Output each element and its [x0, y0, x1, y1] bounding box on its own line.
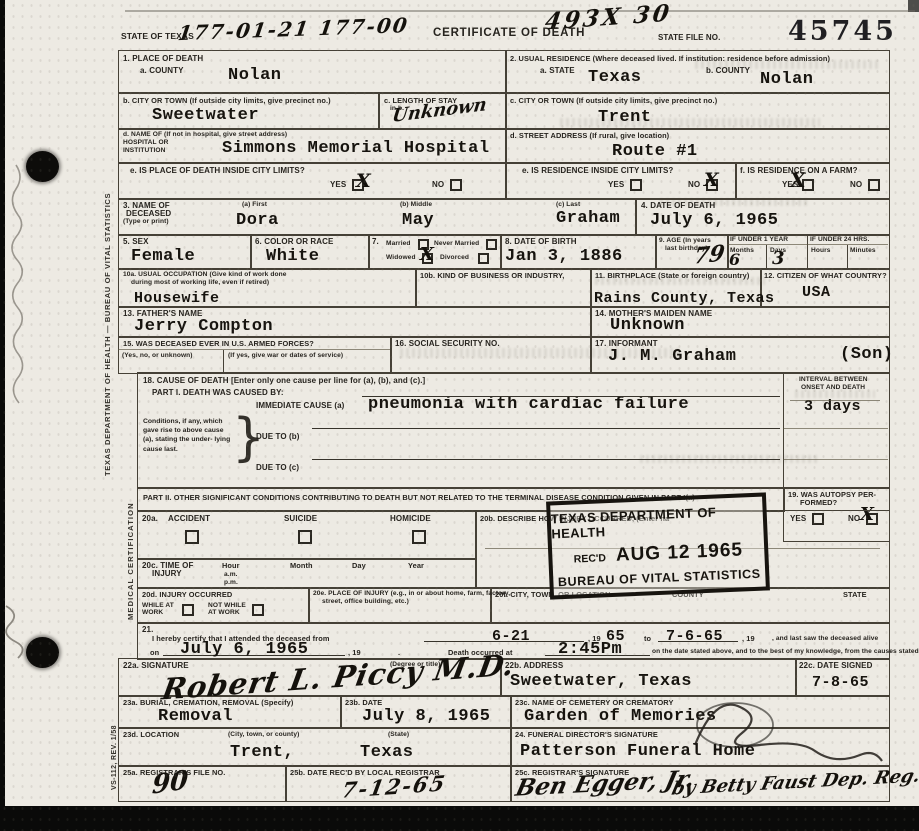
funeral-director-signature-flourish: [690, 690, 890, 770]
state-column-label: STATE: [843, 590, 867, 599]
signature-label: 22a. SIGNATURE: [123, 661, 189, 670]
marital-label: 7.: [372, 237, 379, 246]
box3-title3: (Type or print): [123, 218, 169, 225]
box20c-label2: INJURY: [152, 569, 182, 578]
cemetery-label: 23c. NAME OF CEMETERY OR CREMATORY: [515, 698, 674, 707]
box1-title: 1. PLACE OF DEATH: [123, 54, 203, 63]
handwritten-code: 493X 30: [543, 0, 673, 36]
birthplace-value: Rains County, Texas: [594, 290, 775, 307]
street-address-value: Route #1: [612, 142, 698, 161]
while-at-work-checkbox: [182, 604, 194, 616]
occupation-value: Housewife: [134, 290, 220, 307]
dob-value: Jan 3, 1886: [505, 247, 623, 266]
month-label: Month: [290, 561, 313, 570]
while-at-work-label: WHILE AT: [142, 602, 174, 609]
certify-text-6: on: [150, 648, 159, 657]
pm-label: p.m.: [224, 579, 238, 586]
day-label: Day: [352, 561, 366, 570]
divorced-label: Divorced: [440, 254, 469, 261]
cemetery-value: Garden of Memories: [524, 707, 717, 726]
due-to-c-label: DUE TO (c): [256, 463, 299, 472]
interval-label1: INTERVAL BETWEEN: [799, 376, 868, 383]
not-while-at-work-checkbox: [252, 604, 264, 616]
armed-forces-sub1: (Yes, no, or unknown): [122, 352, 193, 359]
first-name-value: Dora: [236, 211, 279, 230]
farm-no-checkbox: [868, 179, 880, 191]
place-limits-no-checkbox: [450, 179, 462, 191]
punch-hole-top: [26, 151, 59, 182]
not-while-at-work-label2: AT WORK: [208, 609, 240, 616]
am-label: a.m.: [224, 571, 238, 578]
box3-title2: DECEASED: [126, 209, 171, 218]
widowed-x-mark: X: [420, 244, 434, 265]
age-grid-line: [727, 244, 888, 245]
stamp-line1: TEXAS DEPARTMENT OF HEALTH: [550, 503, 763, 542]
due-to-b-label: DUE TO (b): [256, 432, 300, 441]
accident-label: ACCIDENT: [168, 514, 210, 523]
age-grid-line: [766, 245, 767, 268]
place-limits-yes-x-mark: X: [356, 170, 371, 192]
immediate-cause-label: IMMEDIATE CAUSE (a): [256, 401, 344, 410]
box20d-label: 20d. INJURY OCCURRED: [142, 590, 232, 599]
interval-line: [790, 400, 880, 401]
middle-name-value: May: [402, 211, 434, 230]
place-city-value: Sweetwater: [152, 106, 259, 125]
location-sub2: (State): [388, 731, 409, 738]
birthplace-label: 11. BIRTHPLACE (State or foreign country…: [595, 271, 749, 280]
armed-forces-sub2: (If yes, give war or dates of service): [228, 352, 343, 359]
funeral-director-label: 24. FUNERAL DIRECTOR'S SIGNATURE: [515, 730, 658, 739]
received-stamp: TEXAS DEPARTMENT OF HEALTH REC'D AUG 12 …: [546, 492, 770, 599]
accident-checkbox: [185, 530, 199, 544]
certify-text-3: to: [644, 634, 651, 643]
informant-relation: (Son): [840, 345, 894, 364]
registrar-file-no-value: 90: [151, 765, 189, 801]
stamp-date: AUG 12 1965: [615, 539, 743, 566]
sex-label: 5. SEX: [123, 237, 149, 246]
interval-label2: ONSET AND DEATH: [801, 384, 865, 391]
age-months-value: 6: [729, 250, 740, 269]
if-under-24-hrs-label: IF UNDER 24 HRS.: [810, 236, 870, 243]
due-b-line: [312, 428, 780, 429]
burial-date-label: 23b. DATE: [345, 698, 382, 707]
box21-number: 21.: [142, 625, 153, 634]
hospital-value: Simmons Memorial Hospital: [222, 139, 490, 158]
first-name-label: (a) First: [242, 201, 267, 208]
date-of-death-label: 4. DATE OF DEATH: [641, 201, 715, 210]
residence-county-value: Nolan: [760, 70, 814, 89]
box1d-hospital-label3: INSTITUTION: [123, 147, 166, 154]
date-of-death-value: July 6, 1965: [650, 211, 778, 230]
ssn-label: 16. SOCIAL SECURITY NO.: [395, 339, 500, 348]
homicide-checkbox: [412, 530, 426, 544]
location-label: 23d. LOCATION: [123, 730, 179, 739]
married-label: Married: [386, 240, 411, 247]
age-grid-line: [847, 245, 848, 268]
residence-city-value: Trent: [598, 108, 652, 127]
residence-limits-yes-label: YES: [608, 180, 624, 189]
cause-of-death-label: 18. CAUSE OF DEATH [Enter only one cause…: [143, 376, 425, 385]
age-value: 79: [692, 240, 726, 270]
place-county-value: Nolan: [228, 66, 282, 85]
scan-edge-left: [0, 0, 5, 831]
location-sub1: (City, town, or county): [228, 731, 299, 738]
not-while-at-work-label: NOT WHILE: [208, 602, 246, 609]
homicide-label: HOMICIDE: [390, 514, 431, 523]
box2a-state-label: a. STATE: [540, 66, 575, 75]
last-name-label: (c) Last: [556, 201, 580, 208]
certify-text-10: on the date stated above, and to the bes…: [652, 648, 919, 655]
attended-from-value: 6-21: [492, 628, 530, 645]
margin-handwriting-smudge-2: [2, 600, 24, 660]
last-seen-date-value: July 6, 1965: [180, 640, 308, 659]
industry-label: 10b. KIND OF BUSINESS OR INDUSTRY,: [420, 271, 564, 280]
mother-value: Unknown: [610, 316, 685, 335]
state-file-number: 45745: [788, 16, 897, 47]
form-number-vertical-text: VS-112, REV. 1/58: [111, 725, 118, 790]
farm-no-label: NO: [850, 180, 862, 189]
citizen-label: 12. CITIZEN OF WHAT COUNTRY?: [764, 271, 887, 280]
dob-label: 8. DATE OF BIRTH: [505, 237, 577, 246]
place-limits-no-label: NO: [432, 180, 444, 189]
if-under-1-year-label: IF UNDER 1 YEAR: [730, 236, 788, 243]
part1-label: PART I. DEATH WAS CAUSED BY:: [152, 388, 284, 397]
minutes-label: Minutes: [850, 247, 876, 254]
armed-forces-label: 15. WAS DECEASED EVER IN U.S. ARMED FORC…: [123, 339, 314, 348]
year-label: Year: [408, 561, 424, 570]
interval-divider: [783, 428, 888, 429]
date-signed-label: 22c. DATE SIGNED: [799, 661, 872, 670]
date-signed-value: 7-8-65: [812, 674, 869, 691]
box1b-city-label: b. CITY OR TOWN (If outside city limits,…: [123, 96, 331, 105]
scan-edge-bottom: [0, 806, 919, 831]
residence-limits-no-x-mark: X: [704, 169, 719, 191]
residence-limits-no-label: NO: [688, 180, 700, 189]
father-value: Jerry Compton: [134, 317, 273, 336]
certify-text-5: , and last saw the deceased alive: [772, 635, 878, 642]
medical-certification-vertical-text: MEDICAL CERTIFICATION: [126, 502, 135, 620]
due-c-line: [312, 459, 780, 460]
box1d-hospital-label2: HOSPITAL OR: [123, 139, 169, 146]
certify-text-4: , 19: [742, 634, 755, 643]
box1d-hospital-label: d. NAME OF (If not in hospital, give str…: [123, 131, 287, 138]
certify-text-7: , 19: [348, 648, 361, 657]
location-city-value: Trent,: [230, 743, 294, 762]
box1a-county-label: a. COUNTY: [140, 66, 184, 75]
race-label: 6. COLOR OR RACE: [255, 237, 334, 246]
box2d-street-label: d. STREET ADDRESS (If rural, give locati…: [510, 131, 669, 140]
place-limits-yes-label: YES: [330, 180, 346, 189]
citizen-value: USA: [802, 284, 831, 301]
burial-value: Removal: [158, 707, 233, 726]
while-at-work-label2: WORK: [142, 609, 163, 616]
never-married-checkbox: [486, 239, 497, 250]
scan-line-top: [125, 10, 915, 12]
never-married-label: Never Married: [434, 240, 479, 247]
widowed-label: Widowed: [386, 254, 416, 261]
box20a-label: 20a.: [142, 514, 158, 523]
address-value: Sweetwater, Texas: [510, 672, 692, 691]
box20e-label: 20e. PLACE OF INJURY (e.g., in or about …: [313, 590, 510, 597]
margin-handwriting-smudge: [6, 160, 26, 420]
box2-title: 2. USUAL RESIDENCE (Where deceased lived…: [510, 54, 830, 63]
box2e-limits-label: e. IS RESIDENCE INSIDE CITY LIMITS?: [522, 166, 673, 175]
suicide-checkbox: [298, 530, 312, 544]
farm-yes-x-mark: X: [790, 168, 806, 192]
interval-divider2: [783, 459, 888, 460]
box2c-city-label: c. CITY OR TOWN (If outside city limits,…: [510, 96, 717, 105]
autopsy-label2: FORMED?: [800, 498, 837, 507]
armed-forces-vline: [223, 350, 224, 372]
informant-value: J. M. Graham: [608, 347, 736, 366]
death-certificate-scan: TEXAS DEPARTMENT OF HEALTH — BUREAU OF V…: [0, 0, 919, 831]
conditions-note: Conditions, if any, which gave rise to a…: [143, 417, 235, 454]
cause-a-line: [362, 396, 780, 397]
stamp-line3: BUREAU OF VITAL STATISTICS: [558, 567, 761, 589]
handwritten-registration-number: 177-01-21 177-00: [176, 13, 410, 45]
last-name-value: Graham: [556, 209, 620, 228]
hours-label: Hours: [811, 247, 831, 254]
time-of-death-value: 2:45Pm: [558, 640, 622, 659]
box1e-limits-label: e. IS PLACE OF DEATH INSIDE CITY LIMITS?: [130, 166, 305, 175]
age-grid-line: [807, 234, 808, 268]
occupation-label2: during most of working life, even if ret…: [131, 279, 269, 286]
middle-name-label: (b) Middle: [400, 201, 432, 208]
occupation-label: 10a. USUAL OCCUPATION (Give kind of work…: [123, 271, 287, 278]
race-value: White: [266, 247, 320, 266]
attended-to-value: 7-6-65: [666, 628, 723, 645]
burial-date-value: July 8, 1965: [362, 707, 490, 726]
stamp-recd-label: REC'D: [574, 552, 607, 565]
armed-forces-divider: [118, 349, 390, 350]
department-vertical-text: TEXAS DEPARTMENT OF HEALTH — BUREAU OF V…: [103, 193, 112, 476]
punch-hole-bottom: [26, 637, 59, 668]
box2b-county-label: b. COUNTY: [706, 66, 750, 75]
residence-state-value: Texas: [588, 68, 642, 87]
residence-limits-yes-checkbox: [630, 179, 642, 191]
hour-label: Hour: [222, 561, 240, 570]
divorced-checkbox: [478, 253, 489, 264]
sex-value: Female: [131, 247, 195, 266]
cause-a-value: pneumonia with cardiac failure: [368, 395, 689, 414]
state-file-no-label: STATE FILE NO.: [658, 33, 720, 42]
box20e-label2: street, office building, etc.): [322, 598, 409, 605]
age-days-value: 3: [772, 248, 785, 269]
location-state-value: Texas: [360, 743, 414, 762]
suicide-label: SUICIDE: [284, 514, 317, 523]
